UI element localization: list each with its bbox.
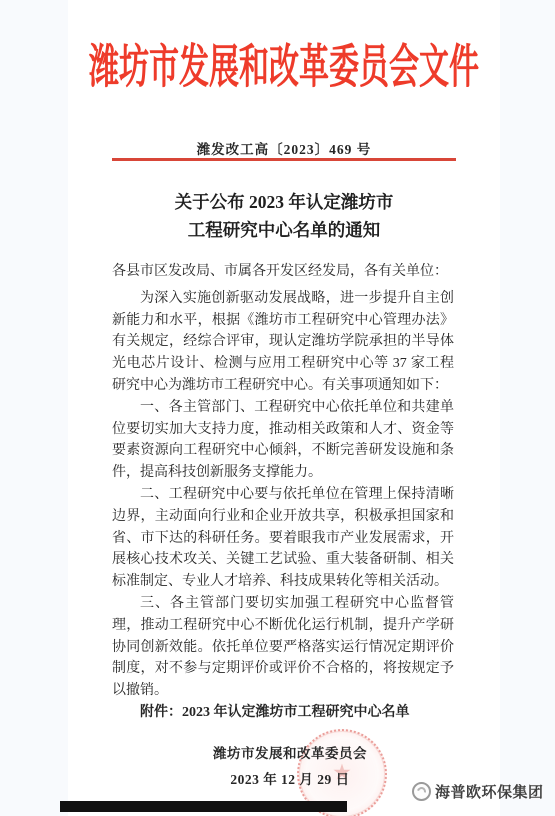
document-number: 潍发改工高〔2023〕469 号 (68, 138, 500, 158)
body-paragraph: 二、工程研究中心要与依托单位在管理上保持清晰边界，主动面向行业和企业开放共享，积… (112, 484, 454, 593)
attachment-line: 附件：2023 年认定潍坊市工程研究中心名单 (112, 702, 454, 724)
bottom-black-bar (60, 801, 347, 812)
document-body: 各县市区发改局、市属各开发区经发局，各有关单位： 为深入实施创新驱动发展战略，进… (112, 261, 454, 724)
signer-name: 潍坊市发展和改革委员会 (175, 742, 405, 762)
red-divider-line (112, 158, 456, 161)
signature-block: 潍坊市发展和改革委员会 2023 年 12 月 29 日 (175, 742, 405, 788)
watermark: 海普欧环保集团 (412, 781, 544, 802)
document-page: 潍坊市发展和改革委员会文件 潍发改工高〔2023〕469 号 关于公布 2023… (68, 0, 500, 816)
document-header-title: 潍坊市发展和改革委员会文件 (68, 28, 500, 96)
document-title: 关于公布 2023 年认定潍坊市 工程研究中心名单的通知 (88, 188, 480, 244)
document-title-line1: 关于公布 2023 年认定潍坊市 (88, 188, 480, 216)
body-paragraph: 三、各主管部门要切实加强工程研究中心监督管理，推动工程研究中心不断优化运行机制，… (112, 593, 454, 702)
salutation-line: 各县市区发改局、市属各开发区经发局，各有关单位： (112, 261, 454, 283)
document-title-line2: 工程研究中心名单的通知 (88, 216, 480, 244)
sign-date: 2023 年 12 月 29 日 (175, 768, 405, 788)
company-logo-icon (412, 782, 431, 801)
body-paragraph: 为深入实施创新驱动发展战略，进一步提升自主创新能力和水平，根据《潍坊市工程研究中… (112, 288, 454, 397)
watermark-text: 海普欧环保集团 (435, 781, 544, 802)
body-paragraph: 一、各主管部门、工程研究中心依托单位和共建单位要切实加大支持力度，推动相关政策和… (112, 397, 454, 484)
